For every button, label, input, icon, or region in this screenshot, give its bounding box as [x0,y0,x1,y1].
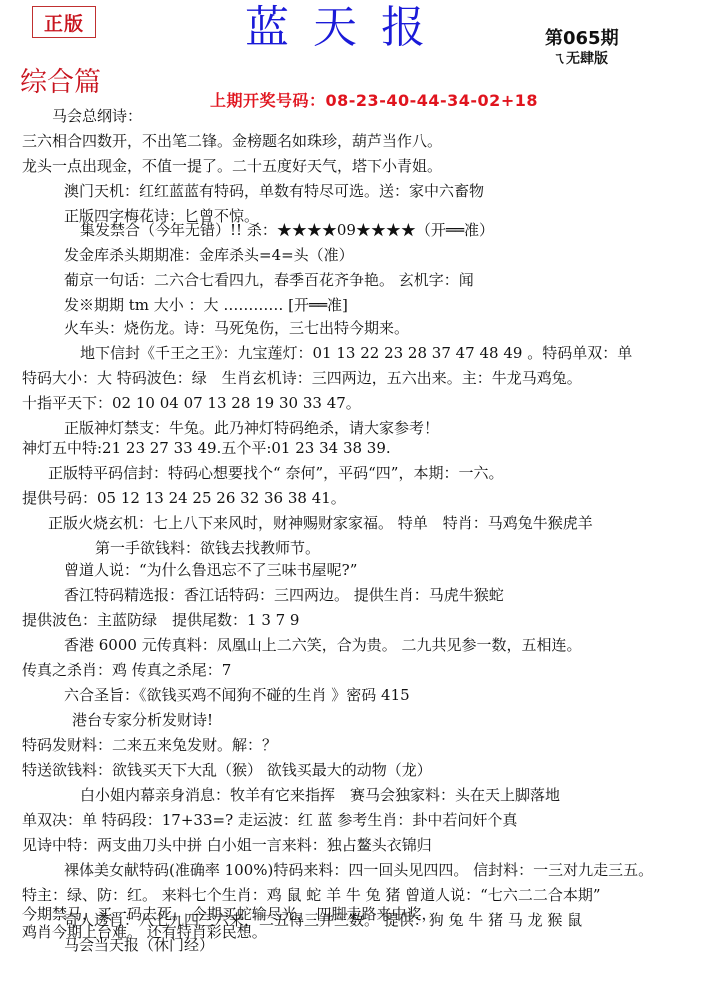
text-line: 六合圣旨：《欲钱买鸡不闻狗不碰的生肖 》密码 415 [64,685,410,705]
authentic-badge: 正版 [32,6,96,38]
text-line: 今期禁马，买一码去死。 今期买蛇输尽光， 四脚走路来中奖， [22,904,437,924]
text-line: 特码大小：大 特码波色：绿 生肖玄机诗：三四两边，五六出来。主：牛龙马鸡兔。 [22,368,582,388]
newspaper-title: 蓝天报 [245,2,449,54]
issue-number: 第065期 [545,24,619,50]
text-line: 特码发财料：二来五来兔发财。解：？ [22,735,277,755]
text-line: 鸡肖今期上台难。 还有特肖彩民想。 [22,922,267,942]
text-line: 白小姐内幕亲身消息：牧羊有它来指挥 赛马会独家料：头在天上脚落地 [80,785,560,805]
text-line: 单双决：单 特码段：17+33=? 走运波：红 蓝 参考生肖：卦中若问奸个真 [22,810,517,830]
section-title: 综合篇 [20,60,101,99]
text-line: 龙头一点出现金，不值一提了。二十五度好天气，塔下小青姐。 [22,156,442,176]
text-line: 马会总纲诗： [52,106,142,126]
text-line: 特主：绿、防：红。 来料七个生肖：鸡 鼠 蛇 羊 牛 兔 猪 曾道人说：“七六二… [22,885,601,905]
text-line: 第一手欲钱料：欲钱去找教师节。 [95,538,320,558]
text-line: 神灯五中特:21 23 27 33 49.五个平:01 23 34 38 39. [22,438,391,458]
text-line: 香江特码精选报：香江话特码：三四两边。 提供生肖：马虎牛猴蛇 [64,585,504,605]
edition-label: ㄟ无肆版 [552,48,608,68]
text-line: 正版神灯禁支：牛兔。此乃神灯特码绝杀，请大家参考！ [64,418,439,438]
text-line: 提供波色：主蓝防绿 提供尾数：1 3 7 9 [22,610,299,630]
text-line: 见诗中特：两支曲刀头中拼 白小姐一言来料：独占鳌头衣锦归 [22,835,432,855]
last-draw-label: 上期开奖号码： [210,91,326,110]
text-line: 曾道人说：“为什么鲁迅忘不了三味书屋呢?” [64,560,357,580]
last-draw-results: 上期开奖号码：08-23-40-44-34-02+18 [210,88,538,111]
text-line: 特送欲钱料：欲钱买天下大乱（猴） 欲钱买最大的动物（龙） [22,760,432,780]
text-line: 港台专家分析发财诗! [72,710,213,730]
text-line: 正版火烧玄机：七上八下来风时，财神赐财家家福。 特单 特肖：马鸡兔牛猴虎羊 [48,513,593,533]
text-line: 三六相合四数开，不出笔二锋。金榜题名如珠珍，葫芦当作八。 [22,131,442,151]
text-line: 澳门天机：红红蓝蓝有特码，单数有特尽可选。送：家中六畜物 [64,181,484,201]
text-line: 发金库杀头期期准：金库杀头=4=头（准） [64,245,354,265]
text-line: 葡京一句话：二六合七看四九，春季百花齐争艳。 玄机字：闻 [64,270,474,290]
text-line: 火车头：烧伤龙。诗：马死兔伤，三七出特今期来。 [64,318,409,338]
text-line: 集发禁合（今年无错）!! 杀：★★★★09★★★★（开══准） [80,220,494,240]
text-line: 提供号码：05 12 13 24 25 26 32 36 38 41。 [22,488,346,508]
text-line: 传真之杀肖：鸡 传真之杀尾：7 [22,660,231,680]
last-draw-numbers: 08-23-40-44-34-02+18 [326,91,538,110]
text-line: 发※期期 tm 大小 ：大 ………… [开══准] [64,295,348,315]
text-line: 地下信封《千王之王》：九宝莲灯：01 13 22 23 28 37 47 48 … [80,343,632,363]
text-line: 十指平天下：02 10 04 07 13 28 19 30 33 47。 [22,393,361,413]
text-line: 裸体美女献特码(准确率 100%)特码来料：四一回头见四四。 信封料：一三对九走… [64,860,653,880]
text-line: 香港 6000 元传真料：凤凰山上二六笑，合为贵。 二九共见参一数，五相连。 [64,635,581,655]
text-line: 正版特平码信封：特码心想要找个“ 奈何”，平码“四”，本期：一六。 [48,463,503,483]
